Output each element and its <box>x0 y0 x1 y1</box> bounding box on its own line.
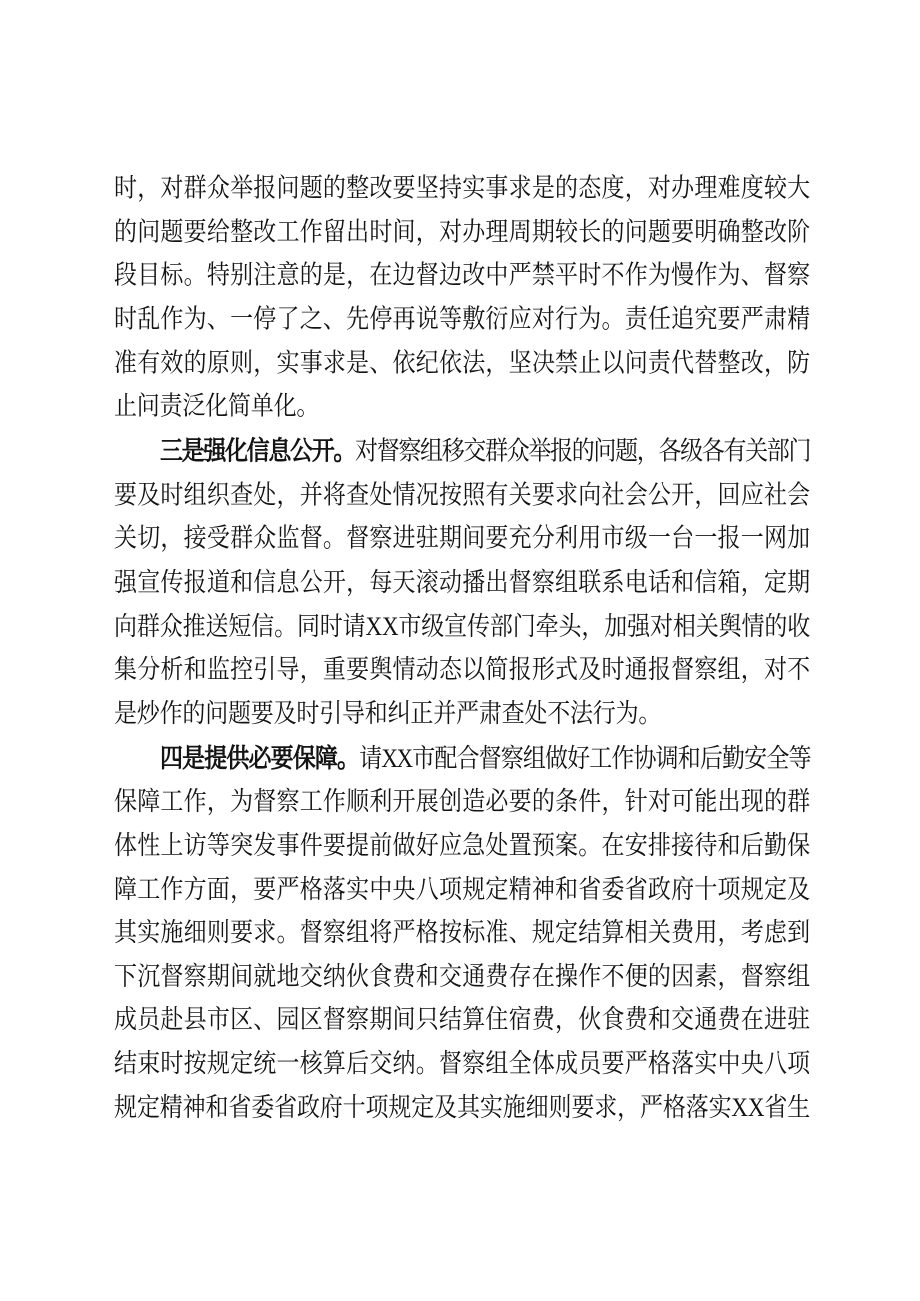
text-line: 关切，接受群众监督。督察进驻期间要充分利用市级一台一报一网加 <box>114 518 810 562</box>
paragraph-item-three: 三是强化信息公开。对督察组移交群众举报的问题，各级各有关部门 要及时组织查处，并… <box>114 429 810 736</box>
document-body: 时，对群众举报问题的整改要坚持实事求是的态度，对办理难度较大 的问题要给整改工作… <box>114 167 810 1130</box>
paragraph-lead-rest: 请XX市配合督察组做好工作协调和后勤安全等 <box>359 744 810 772</box>
text-line: 止问责泛化简单化。 <box>114 385 810 429</box>
text-line: 要及时组织查处，并将查处情况按照有关要求向社会公开，回应社会 <box>114 474 810 518</box>
paragraph-lead-rest: 对督察组移交群众举报的问题，各级各有关部门 <box>355 437 810 465</box>
text-line: 向群众推送短信。同时请XX市级宣传部门牵头，加强对相关舆情的收 <box>114 605 810 649</box>
text-line: 障工作方面，要严格落实中央八项规定精神和省委省政府十项规定及 <box>114 868 810 912</box>
text-line: 保障工作，为督察工作顺利开展创造必要的条件，针对可能出现的群 <box>114 781 810 825</box>
text-line: 强宣传报道和信息公开，每天滚动播出督察组联系电话和信箱，定期 <box>114 561 810 605</box>
text-line: 时乱作为、一停了之、先停再说等敷衍应对行为。责任追究要严肃精 <box>114 298 810 342</box>
paragraph-item-four: 四是提供必要保障。请XX市配合督察组做好工作协调和后勤安全等 保障工作，为督察工… <box>114 736 810 1130</box>
paragraph-lead-bold: 四是提供必要保障。 <box>160 743 359 772</box>
paragraph-lead-bold: 三是强化信息公开。 <box>160 436 355 465</box>
text-line: 准有效的原则，实事求是、依纪依法，坚决禁止以问责代替整改，防 <box>114 342 810 386</box>
text-line: 四是提供必要保障。请XX市配合督察组做好工作协调和后勤安全等 <box>114 736 810 781</box>
text-line: 其实施细则要求。督察组将严格按标准、规定结算相关费用，考虑到 <box>114 912 810 956</box>
text-line: 下沉督察期间就地交纳伙食费和交通费存在操作不便的因素，督察组 <box>114 956 810 1000</box>
text-line: 成员赴县市区、园区督察期间只结算住宿费，伙食费和交通费在进驻 <box>114 999 810 1043</box>
text-line: 结束时按规定统一核算后交纳。督察组全体成员要严格落实中央八项 <box>114 1043 810 1087</box>
document-page: 时，对群众举报问题的整改要坚持实事求是的态度，对办理难度较大 的问题要给整改工作… <box>0 0 920 1301</box>
text-line: 时，对群众举报问题的整改要坚持实事求是的态度，对办理难度较大 <box>114 167 810 211</box>
text-line: 集分析和监控引导，重要舆情动态以简报形式及时通报督察组，对不 <box>114 649 810 693</box>
text-line: 是炒作的问题要及时引导和纠正并严肃查处不法行为。 <box>114 692 810 736</box>
text-line: 三是强化信息公开。对督察组移交群众举报的问题，各级各有关部门 <box>114 429 810 474</box>
paragraph-continued: 时，对群众举报问题的整改要坚持实事求是的态度，对办理难度较大 的问题要给整改工作… <box>114 167 810 429</box>
text-line: 段目标。特别注意的是，在边督边改中严禁平时不作为慢作为、督察 <box>114 254 810 298</box>
text-line: 体性上访等突发事件要提前做好应急处置预案。在安排接待和后勤保 <box>114 824 810 868</box>
text-line: 的问题要给整改工作留出时间，对办理周期较长的问题要明确整改阶 <box>114 211 810 255</box>
text-line: 规定精神和省委省政府十项规定及其实施细则要求，严格落实XX省生 <box>114 1087 810 1131</box>
